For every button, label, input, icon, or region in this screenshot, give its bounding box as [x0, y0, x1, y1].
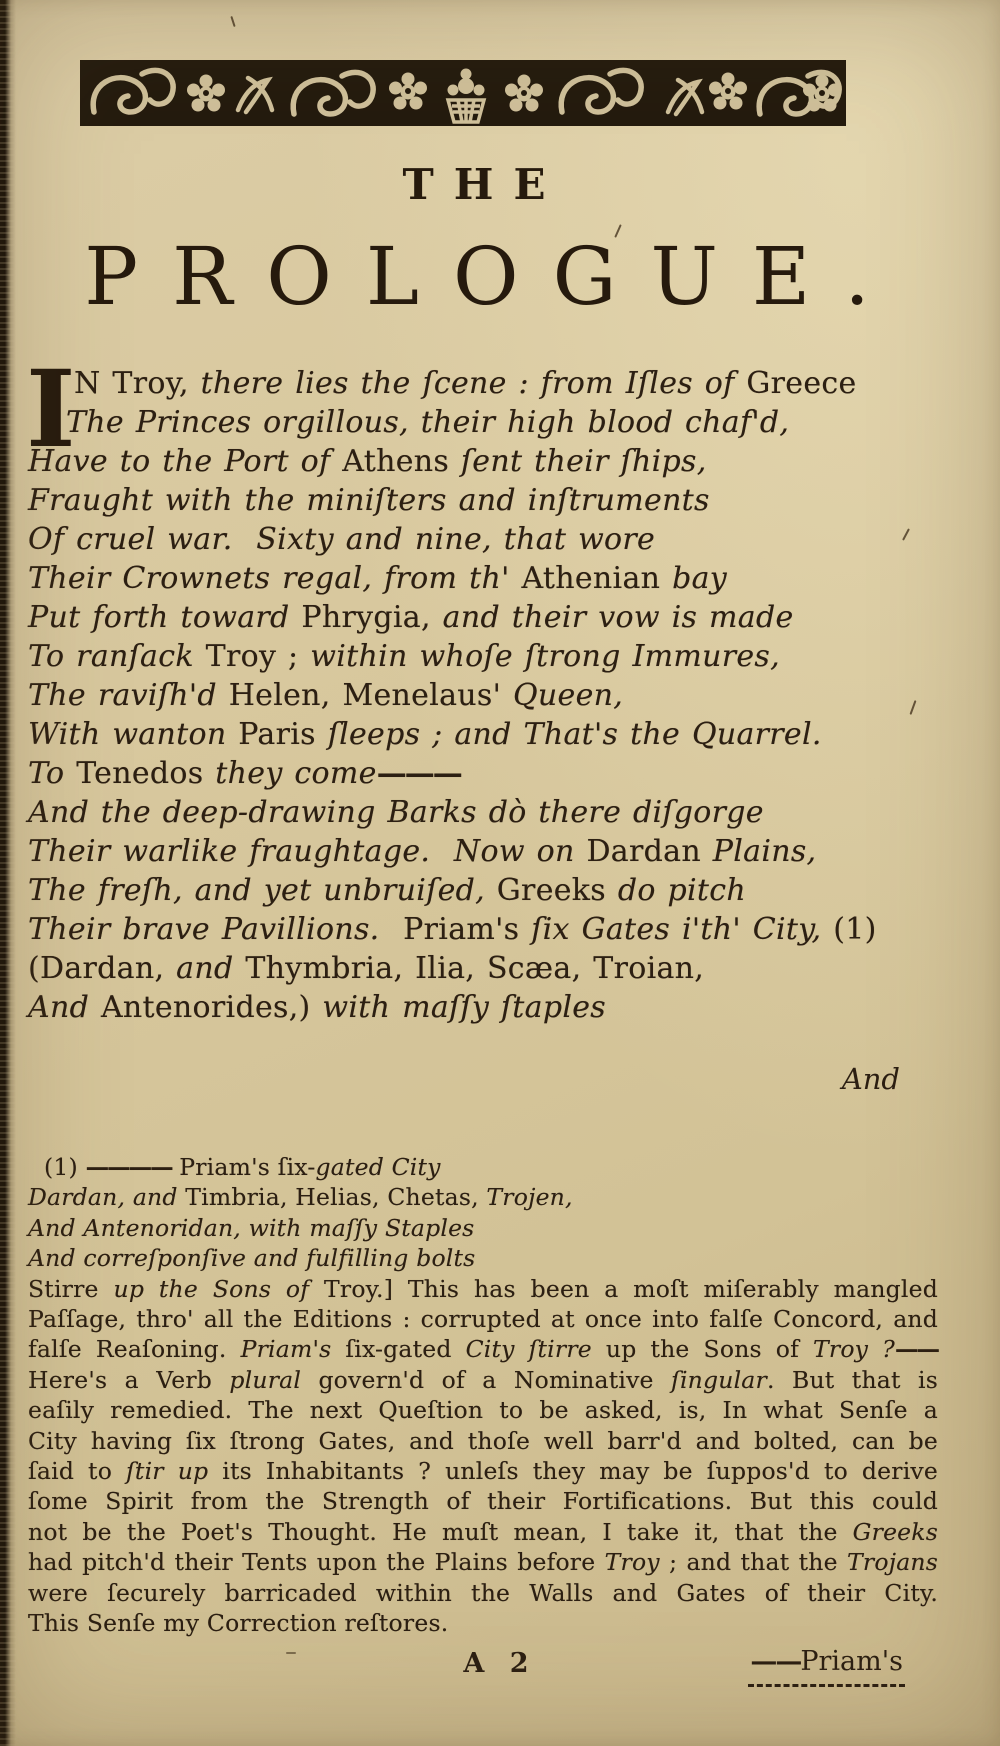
- text-segment: were ſecurely barricaded within the Wall…: [28, 1579, 938, 1607]
- text-segment: ſtir up: [126, 1457, 222, 1485]
- catchword-dash: ——: [750, 1646, 800, 1677]
- page-gutter-edge: [0, 0, 16, 1746]
- text-segment: ſaid to: [28, 1457, 126, 1485]
- text-segment: Priam's: [241, 1335, 346, 1363]
- text-segment: Queen,: [513, 678, 623, 713]
- text-segment: City having ſix ſtrong Gates, and thoſe …: [28, 1427, 938, 1455]
- floral-woodcut-headpiece: [78, 54, 850, 134]
- text-segment: eaſily remedied. The next Queſtion to be…: [28, 1396, 938, 1424]
- text-segment: ——: [895, 1335, 938, 1363]
- footnote-line: ſaid to ſtir up its Inhabitants ? unleſs…: [28, 1456, 938, 1486]
- text-segment: Their warlike fraughtage. Now on: [28, 834, 586, 869]
- text-segment: Phrygia,: [301, 600, 442, 635]
- text-segment: not be the Poet's Thought. He muſt mean,…: [28, 1518, 853, 1546]
- ink-speck: [230, 16, 235, 27]
- poem-line: And the deep-drawing Barks dò there diſg…: [28, 793, 960, 832]
- text-segment: Dardan, and: [28, 1183, 185, 1211]
- text-segment: Athens: [342, 444, 461, 479]
- poem-line: Their Crownets regal, from th' Athenian …: [28, 559, 960, 598]
- footnote-line: This Senſe my Correction reſtores.: [28, 1608, 938, 1638]
- text-segment: Plains,: [713, 834, 817, 869]
- text-segment: Athenian: [521, 561, 672, 596]
- text-segment: Greeks: [497, 873, 618, 908]
- text-segment: N Troy,: [74, 366, 201, 401]
- poem-line: Their brave Pavillions. Priam's ſix Gate…: [28, 910, 960, 949]
- footnote-line: falſe Reaſoning. Priam's ſix-gated City …: [28, 1334, 938, 1364]
- text-segment: Trojen,: [486, 1183, 572, 1211]
- footnote-line: not be the Poet's Thought. He muſt mean,…: [28, 1517, 938, 1547]
- poem-line: The raviſh'd Helen, Menelaus' Queen,: [28, 676, 960, 715]
- poem-line: (Dardan, and Thymbria, Ilia, Scæa, Troia…: [28, 949, 960, 988]
- text-segment: ſent their ſhips,: [461, 444, 707, 479]
- footnote-line: Stirre up the Sons of Troy.] This has be…: [28, 1274, 938, 1304]
- poem-line: Of cruel war. Sixty and nine, that wore: [28, 520, 960, 559]
- text-segment: Tenedos: [76, 756, 215, 791]
- text-segment: and: [176, 951, 245, 986]
- text-segment: govern'd of a Nominative: [318, 1366, 671, 1394]
- poem-line: Have to the Port of Athens ſent their ſh…: [28, 442, 960, 481]
- text-segment: Troy: [605, 1548, 660, 1576]
- text-segment: And the deep-drawing Barks dò there diſg…: [28, 795, 764, 830]
- text-segment: gated City: [315, 1153, 440, 1181]
- text-segment: (Dardan,: [28, 951, 176, 986]
- text-segment: . But that is: [767, 1366, 938, 1394]
- poem-line: The freſh, and yet unbruiſed, Greeks do …: [28, 871, 960, 910]
- text-segment: Timbria, Helias, Chetas,: [185, 1183, 486, 1211]
- ink-speck: [286, 1652, 296, 1654]
- text-segment: plural: [229, 1366, 318, 1394]
- text-segment: Greece: [746, 366, 856, 401]
- text-segment: ſix-gated: [345, 1335, 465, 1363]
- text-segment: Antenorides,): [101, 990, 322, 1025]
- text-segment: Their Crownets regal, from th': [28, 561, 521, 596]
- footnote-line: ſome Spirit from the Strength of their F…: [28, 1486, 938, 1516]
- signature-mark: A 2: [440, 1648, 560, 1679]
- footnote-line: eaſily remedied. The next Queſtion to be…: [28, 1395, 938, 1425]
- text-segment: ſingular: [671, 1366, 767, 1394]
- text-segment: Trojans: [847, 1548, 938, 1576]
- text-segment: up the Sons of: [113, 1275, 324, 1303]
- text-segment: Fraught with the miniſters and inſtrumen…: [28, 483, 710, 518]
- text-segment: Dardan: [586, 834, 712, 869]
- poem-line: Fraught with the miniſters and inſtrumen…: [28, 481, 960, 520]
- poem-line: N Troy, there lies the ſcene : from Iſle…: [28, 364, 960, 403]
- text-segment: Put forth toward: [28, 600, 301, 635]
- text-segment: Here's a Verb: [28, 1366, 229, 1394]
- text-segment: Troy ;: [206, 639, 311, 674]
- page-title-prologue: PROLOGUE.: [18, 230, 970, 323]
- text-segment: had pitch'd their Tents upon the Plains …: [28, 1548, 605, 1576]
- text-segment: Thymbria, Ilia, Scæa, Troian,: [245, 951, 704, 986]
- poem-line: With wanton Paris ſleeps ; and That's th…: [28, 715, 960, 754]
- text-segment: Troy.] This has been a moſt miſerably ma…: [324, 1275, 938, 1303]
- text-segment: with maſſy ſtaples: [322, 990, 606, 1025]
- text-segment: ; and that the: [660, 1548, 847, 1576]
- text-segment: ————: [86, 1153, 172, 1181]
- text-segment: And Antenoridan, with maſſy Staples: [28, 1214, 474, 1242]
- headpiece-ornament-graphic: [78, 54, 850, 134]
- footnote-line: had pitch'd their Tents upon the Plains …: [28, 1547, 938, 1577]
- text-segment: Stirre: [28, 1275, 113, 1303]
- text-segment: within whoſe ſtrong Immures,: [310, 639, 780, 674]
- text-segment: Troy ?: [813, 1335, 895, 1363]
- text-segment: they come: [215, 756, 376, 791]
- text-segment: bay: [672, 561, 727, 596]
- text-segment: (1): [833, 912, 876, 947]
- footnote-line: were ſecurely barricaded within the Wall…: [28, 1578, 938, 1608]
- text-segment: Have to the Port of: [28, 444, 342, 479]
- prologue-verse-block: N Troy, there lies the ſcene : from Iſle…: [28, 364, 960, 1027]
- text-segment: Their brave Pavillions.: [28, 912, 403, 947]
- page-title-the: THE: [28, 160, 940, 209]
- catchword-bottom: ——Priam's: [748, 1646, 905, 1687]
- text-segment: ſome Spirit from the Strength of their F…: [28, 1487, 938, 1515]
- catchword-mid: And: [842, 1062, 900, 1096]
- footnote-line: And Antenoridan, with maſſy Staples: [28, 1213, 938, 1243]
- text-segment: And correſponſive and fulfilling bolts: [28, 1244, 475, 1272]
- text-segment: To ranſack: [28, 639, 206, 674]
- text-segment: Paſſage, thro' all the Editions : corrup…: [28, 1305, 938, 1333]
- text-segment: ſix Gates i'th' City,: [531, 912, 833, 947]
- text-segment: its Inhabitants ? unleſs they may be ſup…: [222, 1457, 938, 1485]
- text-segment: there lies the ſcene : from Iſles of: [201, 366, 747, 401]
- catchword-word: Priam's: [800, 1646, 903, 1677]
- text-segment: ſleeps ; and That's the Quarrel.: [328, 717, 822, 752]
- text-segment: Of cruel war. Sixty and nine, that wore: [28, 522, 655, 557]
- text-segment: The Princes orgillous, their high blood …: [66, 405, 789, 440]
- footnote-line: (1) ———— Priam's ſix-gated City: [28, 1152, 938, 1182]
- text-segment: Paris: [238, 717, 327, 752]
- poem-line: Put forth toward Phrygia, and their vow …: [28, 598, 960, 637]
- poem-line: To Tenedos they come———: [28, 754, 960, 793]
- poem-line: And Antenorides,) with maſſy ſtaples: [28, 988, 960, 1027]
- text-segment: Priam's: [403, 912, 531, 947]
- footnote-line: City having ſix ſtrong Gates, and thoſe …: [28, 1426, 938, 1456]
- text-segment: (1): [44, 1153, 86, 1181]
- text-segment: do pitch: [618, 873, 746, 908]
- footnote-line: Dardan, and Timbria, Helias, Chetas, Tro…: [28, 1182, 938, 1212]
- text-segment: and their vow is made: [443, 600, 794, 635]
- text-segment: With wanton: [28, 717, 238, 752]
- text-segment: The raviſh'd: [28, 678, 229, 713]
- poem-line: The Princes orgillous, their high blood …: [28, 403, 960, 442]
- book-page: THE PROLOGUE. I N Troy, there lies the ſ…: [0, 0, 1000, 1746]
- text-segment: And: [28, 990, 101, 1025]
- text-segment: up the Sons of: [606, 1335, 813, 1363]
- footnote-line: Paſſage, thro' all the Editions : corrup…: [28, 1304, 938, 1334]
- text-segment: ———: [377, 756, 461, 791]
- footnote-line: Here's a Verb plural govern'd of a Nomin…: [28, 1365, 938, 1395]
- text-segment: Helen, Menelaus': [229, 678, 513, 713]
- text-segment: The freſh, and yet unbruiſed,: [28, 873, 497, 908]
- poem-line: To ranſack Troy ; within whoſe ſtrong Im…: [28, 637, 960, 676]
- text-segment: This Senſe my Correction reſtores.: [28, 1609, 448, 1637]
- text-segment: falſe Reaſoning.: [28, 1335, 241, 1363]
- footnote-line: And correſponſive and fulfilling bolts: [28, 1243, 938, 1273]
- editor-footnote-block: (1) ———— Priam's ſix-gated CityDardan, a…: [28, 1152, 938, 1639]
- text-segment: City ſtirre: [466, 1335, 606, 1363]
- text-segment: Priam's ſix-: [172, 1153, 316, 1181]
- text-segment: To: [28, 756, 76, 791]
- poem-line: Their warlike fraughtage. Now on Dardan …: [28, 832, 960, 871]
- text-segment: Greeks: [853, 1518, 938, 1546]
